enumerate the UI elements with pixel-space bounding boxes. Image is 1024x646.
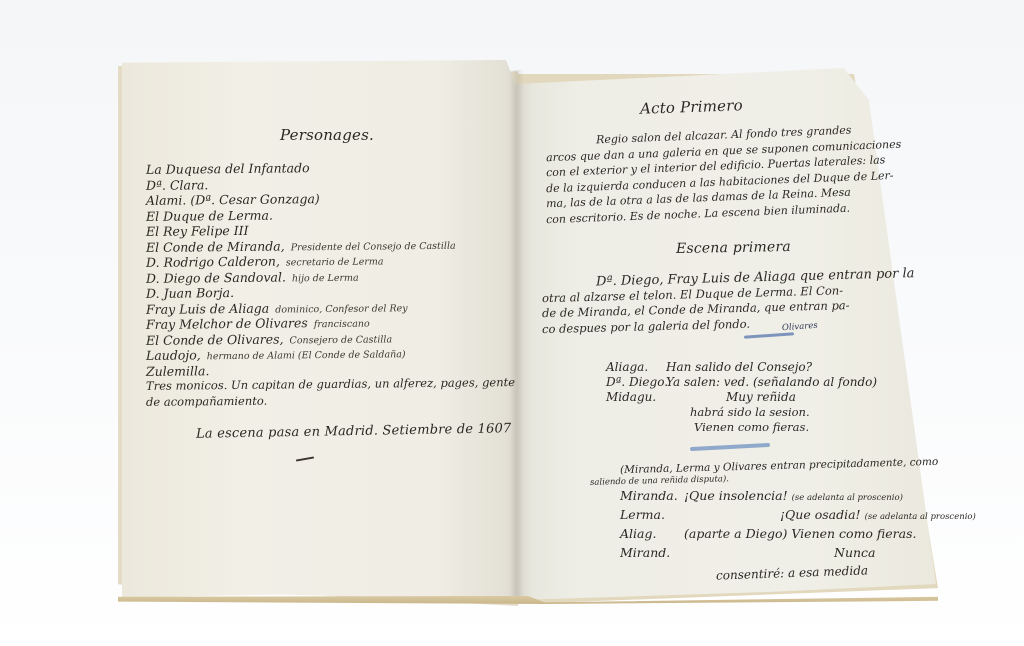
cast-list-title: Personages. <box>280 126 374 144</box>
dialogue-line: Mirand. Nunca <box>620 545 950 564</box>
speech: ¡Que osadia! <box>780 507 861 522</box>
dialogue-continuation: habrá sido la sesion. Vienen como fieras… <box>690 405 810 435</box>
speech-continued: Vienen como fieras. <box>690 420 810 435</box>
speaker: Miranda. <box>620 488 684 507</box>
stage-direction: Regio salon del alcazar. Al fondo tres g… <box>546 128 926 221</box>
dialogue-line: Miranda. ¡Que insolencia!(se adelanta al… <box>620 488 950 507</box>
cast-name: El Rey Felipe III <box>146 223 249 239</box>
scene-title: Escena primera <box>676 239 791 257</box>
cast-list: La Duquesa del Infantado Dª. Clara. Alam… <box>146 160 515 408</box>
cast-name: Zulemilla. <box>146 363 210 379</box>
stage-aside: (se adelanta al proscenio) <box>865 512 976 522</box>
dialogue-line: Dª. Diego. Ya salen: ved. (señalando al … <box>606 375 936 390</box>
cast-name: Alami. (Dª. Cesar Gonzaga) <box>146 191 320 208</box>
cast-name: La Duquesa del Infantado <box>146 160 310 177</box>
dialogue-line: Aliaga. Han salido del Consejo? <box>606 360 936 375</box>
speaker: Mirand. <box>620 545 684 564</box>
cast-name: El Conde de Miranda, <box>146 238 285 254</box>
speaker: Lerma. <box>620 507 684 526</box>
cast-name: D. Juan Borja. <box>146 285 234 301</box>
speech: Nunca <box>684 545 950 564</box>
speaker: Dª. Diego. <box>606 375 666 390</box>
manuscript-photo: Personages. La Duquesa del Infantado Dª.… <box>0 0 1024 646</box>
stage-aside: (se adelanta al proscenio) <box>792 493 903 503</box>
cast-name: El Conde de Olivares, <box>146 331 284 347</box>
speech-continued: habrá sido la sesion. <box>690 405 810 420</box>
speech: Muy reñida <box>666 390 936 405</box>
dialogue-line: Midagu. Muy reñida <box>606 390 936 405</box>
cast-name: Fray Luis de Aliaga <box>146 300 269 316</box>
cast-name: Dª. Clara. <box>146 177 208 193</box>
act-title: Acto Primero <box>640 96 743 118</box>
dialogue-line: Lerma. ¡Que osadia!(se adelanta al prosc… <box>620 507 950 526</box>
speaker: Aliaga. <box>606 360 666 375</box>
cast-name: Fray Melchor de Olivares <box>146 315 308 332</box>
extras-line: de acompañamiento. <box>146 391 515 410</box>
cast-note: Consejero de Castilla <box>289 334 392 346</box>
cast-note: franciscano <box>314 319 370 331</box>
cast-note: hijo de Lerma <box>292 272 359 284</box>
speech: Ya salen: ved. (señalando al fondo) <box>666 375 936 390</box>
speech: ¡Que insolencia! <box>684 488 788 503</box>
cast-note: hermano de Alami (El Conde de Saldaña) <box>207 349 406 362</box>
speaker: Aliag. <box>620 526 684 545</box>
dialogue-block-2: Miranda. ¡Que insolencia!(se adelanta al… <box>620 488 950 564</box>
cast-note: secretario de Lerma <box>286 256 384 268</box>
speech: (aparte a Diego) Vienen como fieras. <box>684 526 950 545</box>
cast-name: D. Diego de Sandoval. <box>146 269 286 285</box>
cast-note: dominico, Confesor del Rey <box>275 303 407 315</box>
page-edges <box>118 596 938 604</box>
cast-name: Laudojo, <box>146 347 201 363</box>
speaker: Midagu. <box>606 390 666 405</box>
speech: Han salido del Consejo? <box>666 360 936 375</box>
cast-name: El Duque de Lerma. <box>146 207 273 223</box>
dialogue-line: Aliag. (aparte a Diego) Vienen como fier… <box>620 526 950 545</box>
cast-name: D. Rodrigo Calderon, <box>146 254 280 270</box>
entry-direction: Dª. Diego, Fray Luis de Aliaga que entra… <box>596 270 936 332</box>
dialogue-block: Aliaga. Han salido del Consejo? Dª. Dieg… <box>606 360 936 405</box>
